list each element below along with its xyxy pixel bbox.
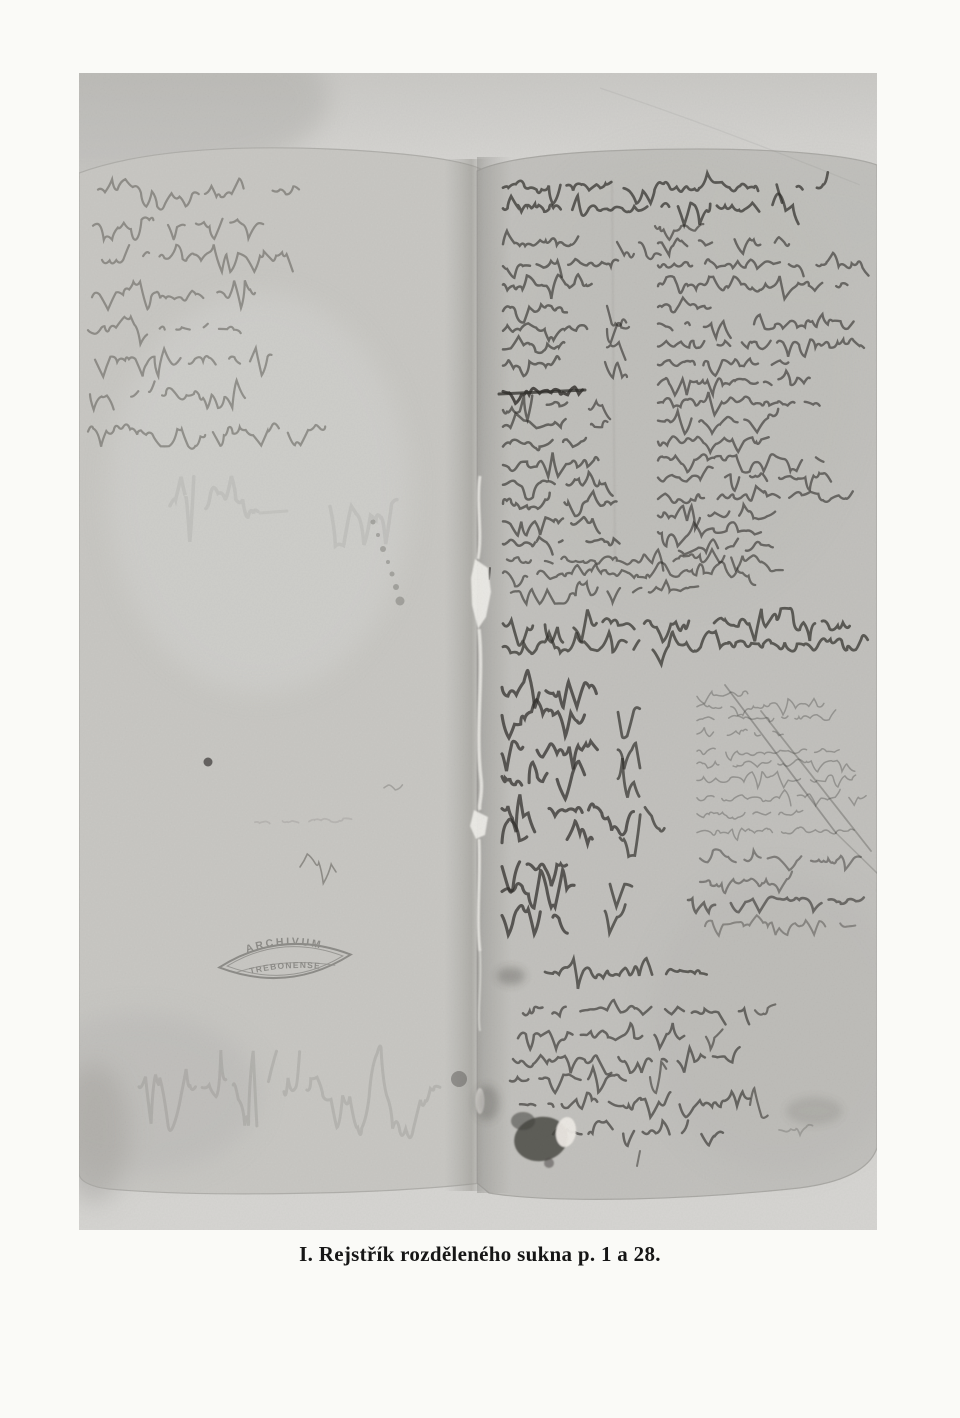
grain-overlay <box>79 73 877 1230</box>
figure-caption: I. Rejstřík rozděleného sukna p. 1 a 28. <box>0 1242 960 1267</box>
manuscript-photograph: ARCHIVUM TREBONENSE <box>79 73 877 1230</box>
manuscript-photo-canvas: ARCHIVUM TREBONENSE <box>79 73 877 1230</box>
book-page: ARCHIVUM TREBONENSE <box>0 0 960 1418</box>
